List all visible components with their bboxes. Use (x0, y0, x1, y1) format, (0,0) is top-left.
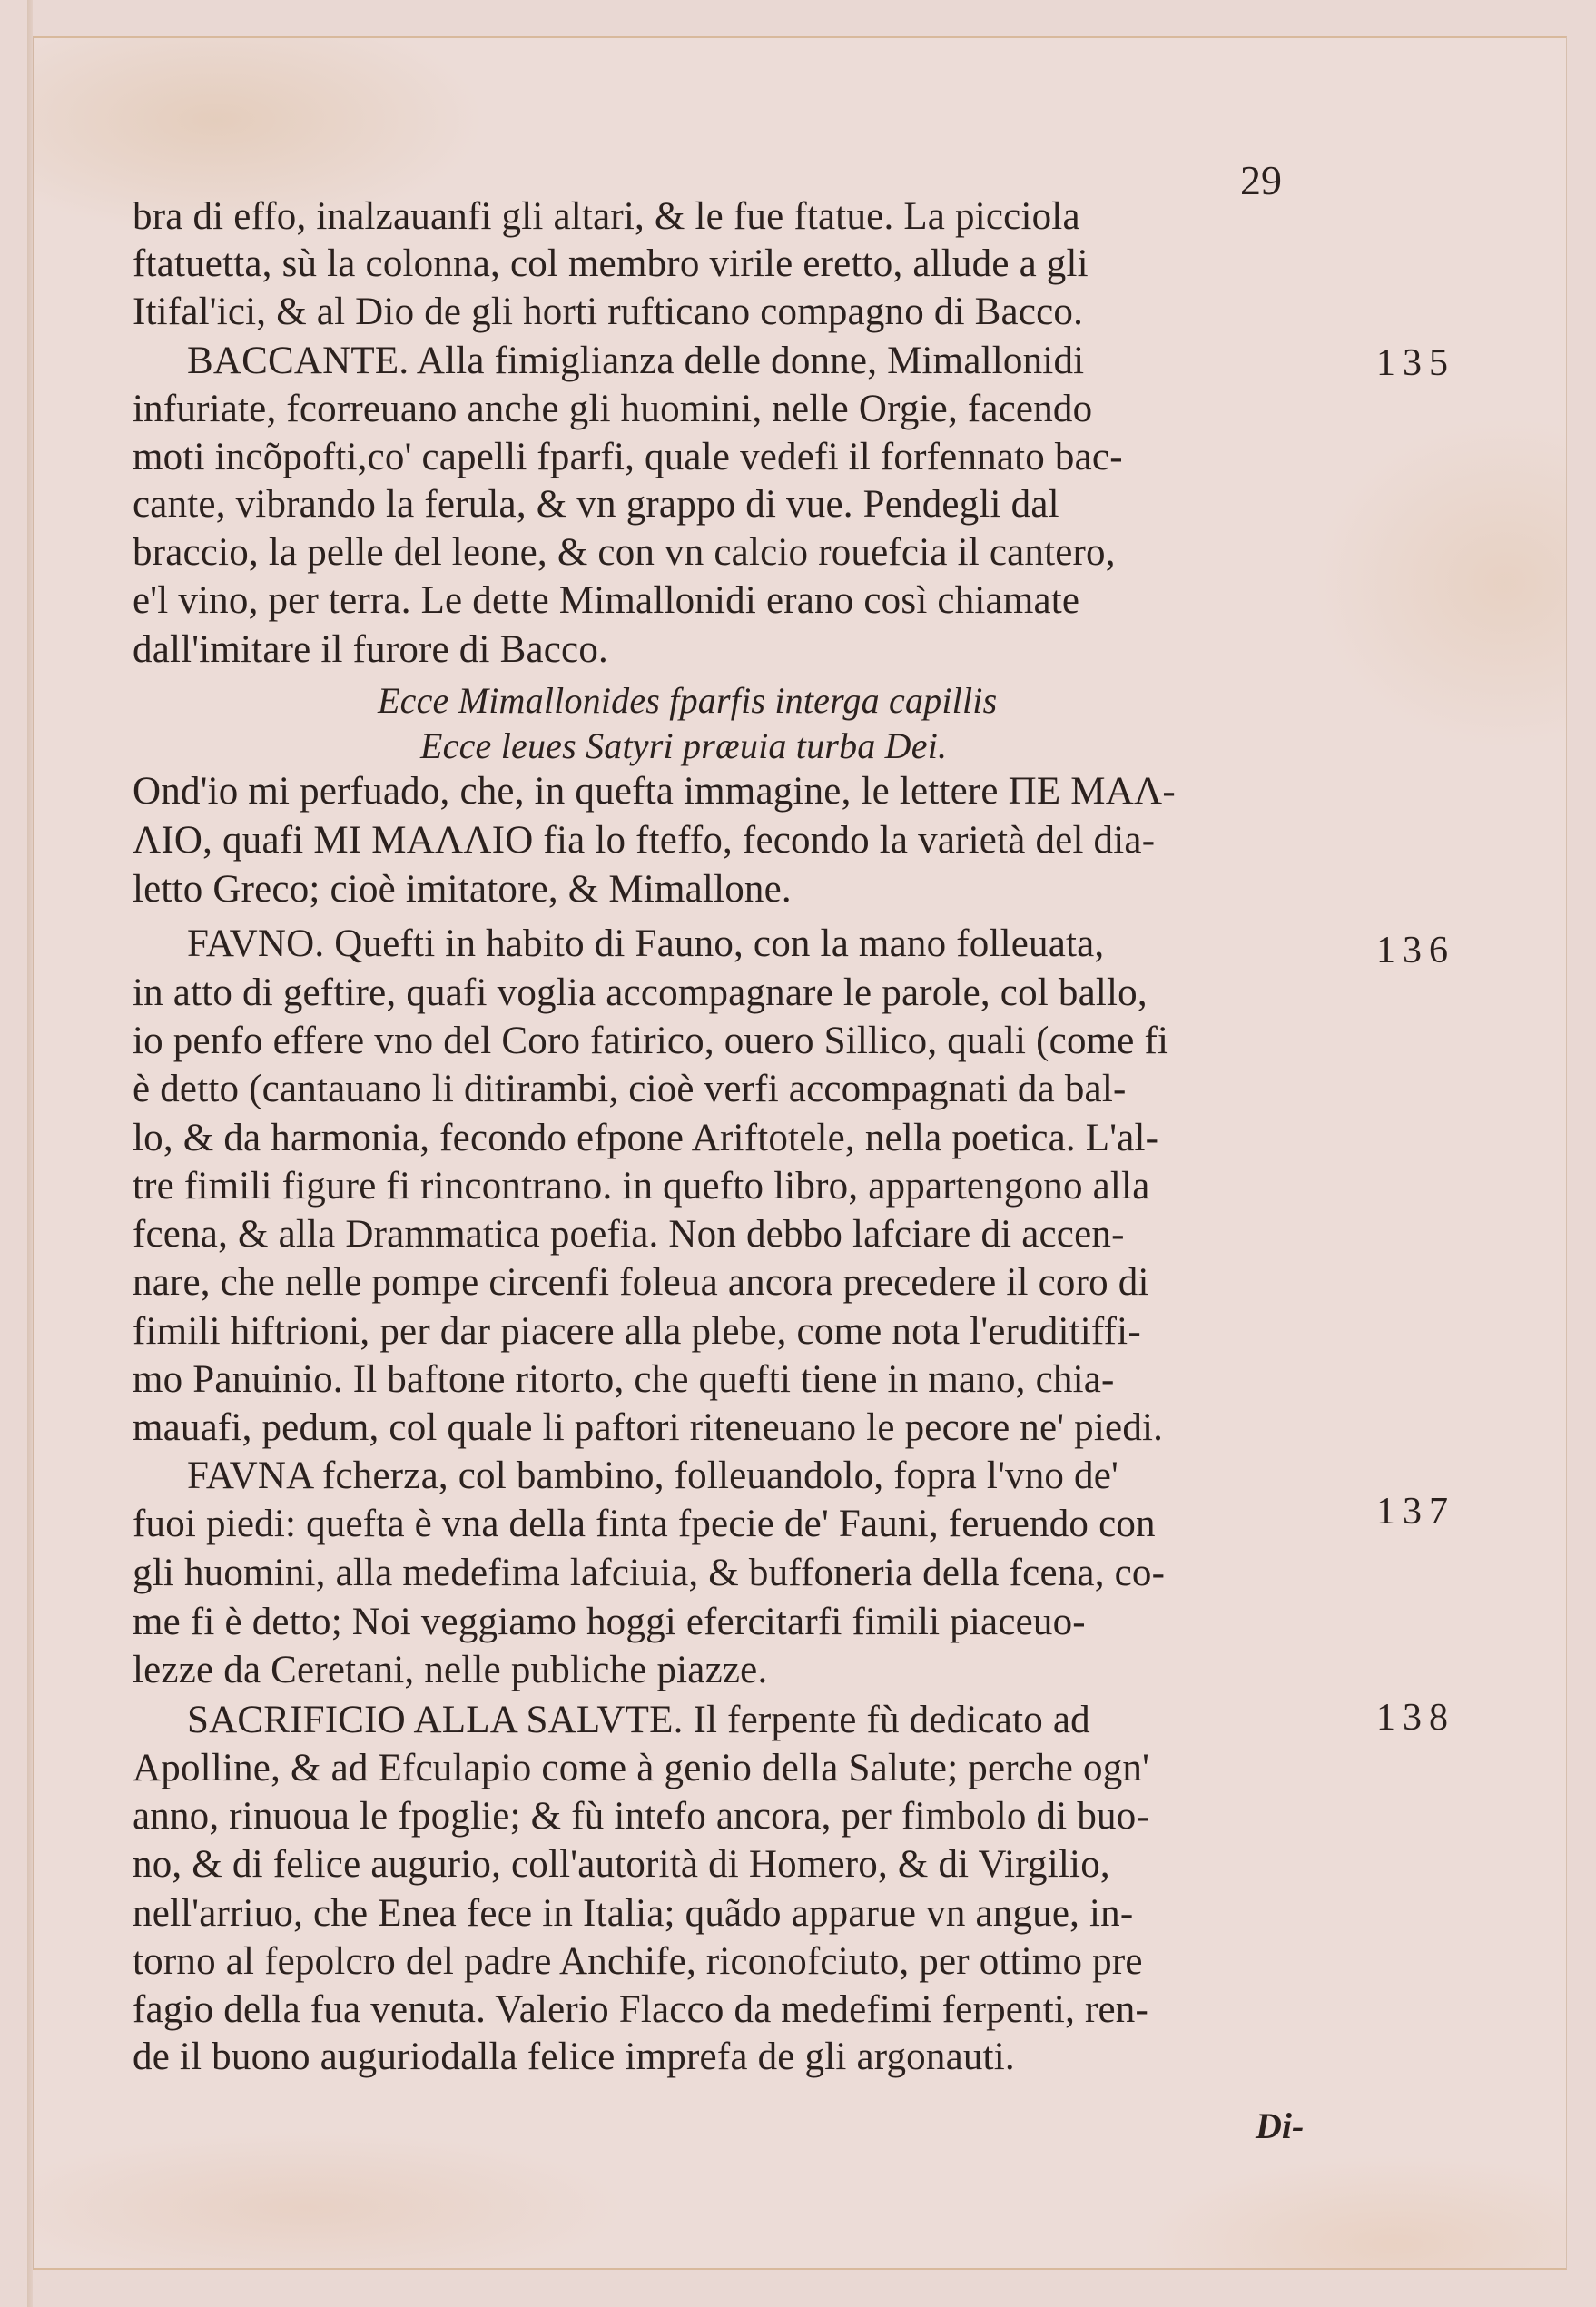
text-line: in atto di geftire, quafi voglia accompa… (133, 971, 1148, 1016)
section-favna-first-line: FAVNA fcherza, col bambino, folleuandolo… (187, 1454, 1118, 1499)
text-line: dall'imitare il furore di Bacco. (133, 627, 608, 673)
margin-number-137: 137 (1376, 1489, 1455, 1534)
text-line: torno al fepolcro del padre Anchife, ric… (133, 1939, 1143, 1985)
text-line: io penfo effere vno del Coro fatirico, o… (133, 1019, 1168, 1064)
text-line: Ond'io mi perfuado, che, in quefta immag… (133, 769, 1176, 814)
text-line: nare, che nelle pompe circenfi foleua an… (133, 1260, 1149, 1306)
text-line: letto Greco; cioè imitatore, & Mimallone… (133, 867, 792, 912)
margin-number-138: 138 (1376, 1695, 1455, 1740)
text-line: braccio, la pelle del leone, & con vn ca… (133, 530, 1116, 576)
text-line: cante, vibrando la ferula, & vn grappo d… (133, 482, 1059, 527)
margin-number-135: 135 (1376, 340, 1455, 386)
text-line: lezze da Ceretani, nelle publiche piazze… (133, 1648, 767, 1693)
text-line: de il buono auguriodalla felice imprefa … (133, 2035, 1015, 2080)
catchword: Di- (1256, 2104, 1304, 2149)
text-line: fuoi piedi: quefta è vna della finta fpe… (133, 1502, 1156, 1547)
text-line: lo, & da harmonia, fecondo efpone Arifto… (133, 1116, 1158, 1161)
text-line: me fi è detto; Noi veggiamo hoggi eferci… (133, 1600, 1086, 1645)
text-line: bra di effo, inalzauanfi gli altari, & l… (133, 194, 1080, 240)
text-line: ΛΙΟ, quafi ΜΙ ΜΑΛΛΙΟ fia lo fteffo, feco… (133, 818, 1155, 863)
text-line: nell'arriuo, che Enea fece in Italia; qu… (133, 1891, 1133, 1937)
text-line: mauafi, pedum, col quale li paftori rite… (133, 1405, 1163, 1451)
text-line: è detto (cantauano li ditirambi, cioè ve… (133, 1067, 1127, 1112)
section-sacrificio-first-line: SACRIFICIO ALLA SALVTE. Il ferpente fù d… (187, 1698, 1090, 1743)
margin-number-136: 136 (1376, 928, 1455, 973)
text-line: tre fimili figure fi rincontrano. in que… (133, 1164, 1150, 1209)
text-line: fagio della fua venuta. Valerio Flacco d… (133, 1987, 1148, 2033)
section-favno-first-line: FAVNO. Quefti in habito di Fauno, con la… (187, 922, 1104, 967)
text-line: fimili hiftrioni, per dar piacere alla p… (133, 1309, 1141, 1355)
text-line: e'l vino, per terra. Le dette Mimallonid… (133, 578, 1079, 624)
page-number: 29 (1240, 158, 1282, 203)
text-line: infuriate, fcorreuano anche gli huomini,… (133, 387, 1092, 432)
verse-line-2: Ecce leues Satyri præuia turba Dei. (420, 724, 947, 769)
text-line: no, & di felice augurio, coll'autorità d… (133, 1842, 1110, 1888)
text-line: Itifal'ici, & al Dio de gli horti ruftic… (133, 290, 1083, 335)
text-line: ftatuetta, sù la colonna, col membro vir… (133, 242, 1089, 287)
text-line: anno, rinuoua le fpoglie; & fù intefo an… (133, 1794, 1149, 1839)
section-baccante-first-line: BACCANTE. Alla fimiglianza delle donne, … (187, 339, 1084, 384)
text-line: gli huomini, alla medefima lafciuia, & b… (133, 1551, 1165, 1596)
book-page: 29 bra di effo, inalzauanfi gli altari, … (33, 36, 1567, 2270)
text-line: moti incõpofti,co' capelli fparfi, quale… (133, 435, 1123, 480)
text-line: mo Panuinio. Il baftone ritorto, che que… (133, 1357, 1115, 1403)
text-line: Apolline, & ad Efculapio come à genio de… (133, 1746, 1149, 1791)
text-line: fcena, & alla Drammatica poefia. Non deb… (133, 1212, 1125, 1257)
verse-line-1: Ecce Mimallonides fparfis interga capill… (378, 678, 997, 724)
